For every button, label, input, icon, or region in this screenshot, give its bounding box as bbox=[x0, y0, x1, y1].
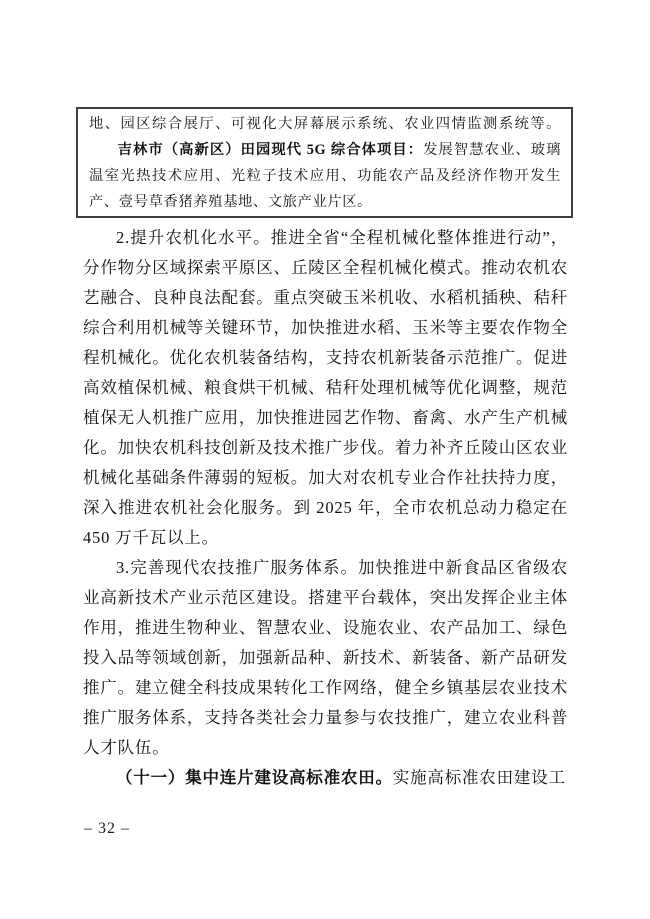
page-number: – 32 – bbox=[84, 820, 130, 838]
box-continuation-line: 地、园区综合展厅、可视化大屏幕展示系统、农业四情监测系统等。 bbox=[89, 111, 561, 137]
section-11-bold-lead: （十一）集中连片建设高标准农田。 bbox=[116, 768, 393, 787]
section-11-text: 实施高标准农田建设工 bbox=[393, 768, 566, 787]
document-body: 2.提升农机化水平。推进全省“全程机械化整体推进行动”，分作物分区域探索平原区、… bbox=[83, 223, 568, 793]
document-page: 地、园区综合展厅、可视化大屏幕展示系统、农业四情监测系统等。 吉林市（高新区）田… bbox=[0, 0, 650, 919]
box-project-paragraph: 吉林市（高新区）田园现代 5G 综合体项目：发展智慧农业、玻璃温室光热技术应用、… bbox=[89, 137, 561, 215]
paragraph-high-standard-farmland: （十一）集中连片建设高标准农田。实施高标准农田建设工 bbox=[83, 763, 568, 793]
paragraph-farm-mechanization: 2.提升农机化水平。推进全省“全程机械化整体推进行动”，分作物分区域探索平原区、… bbox=[83, 223, 568, 553]
project-title-bold: 吉林市（高新区）田园现代 5G 综合体项目： bbox=[118, 142, 424, 158]
paragraph-agritech-extension: 3.完善现代农技推广服务体系。加快推进中新食品区省级农业高新技术产业示范区建设。… bbox=[83, 553, 568, 763]
project-highlight-box: 地、园区综合展厅、可视化大屏幕展示系统、农业四情监测系统等。 吉林市（高新区）田… bbox=[76, 107, 573, 218]
